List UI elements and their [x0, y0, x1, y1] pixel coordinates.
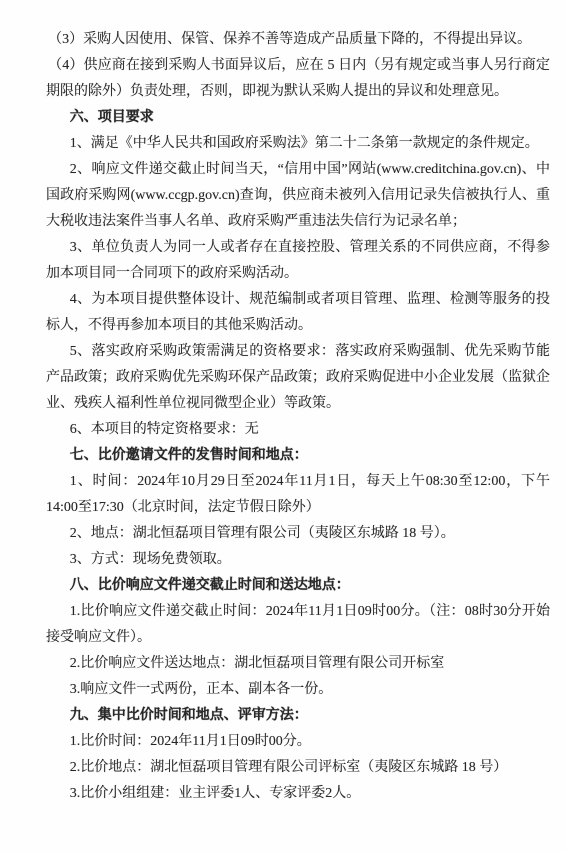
section-heading: 六、项目要求	[46, 105, 550, 131]
paragraph: 3.响应文件一式两份，正本、副本各一份。	[46, 677, 550, 703]
paragraph: 6、本项目的特定资格要求：无	[46, 417, 550, 443]
paragraph: 1.比价响应文件递交截止时间：2024年11月1日09时00分。（注：08时30…	[46, 599, 550, 651]
paragraph: （4）供应商在接到采购人书面异议后，应在 5 日内（另有规定或当事人另行商定期限…	[46, 53, 550, 105]
section-heading: 九、集中比价时间和地点、评审方法：	[46, 703, 550, 729]
document-page: （3）采购人因使用、保管、保养不善等造成产品质量下降的，不得提出异议。（4）供应…	[0, 0, 566, 852]
paragraph: 2.比价响应文件送达地点：湖北恒磊项目管理有限公司开标室	[46, 651, 550, 677]
paragraph: （3）采购人因使用、保管、保养不善等造成产品质量下降的，不得提出异议。	[46, 27, 550, 53]
section-heading: 八、比价响应文件递交截止时间和送达地点：	[46, 573, 550, 599]
section-heading: 七、比价邀请文件的发售时间和地点：	[46, 443, 550, 469]
paragraph: 3、单位负责人为同一人或者存在直接控股、管理关系的不同供应商，不得参加本项目同一…	[46, 235, 550, 287]
paragraph: 1.比价时间：2024年11月1日09时00分。	[46, 729, 550, 755]
paragraph: 3.比价小组组建：业主评委1人、专家评委2人。	[46, 781, 550, 807]
paragraph: 1、时间：2024年10月29日至2024年11月1日，每天上午08:30至12…	[46, 469, 550, 521]
paragraph: 5、落实政府采购政策需满足的资格要求：落实政府采购强制、优先采购节能产品政策；政…	[46, 339, 550, 417]
paragraph: 3、方式：现场免费领取。	[46, 547, 550, 573]
paragraph: 2.比价地点：湖北恒磊项目管理有限公司评标室（夷陵区东城路 18 号）	[46, 755, 550, 781]
paragraph: 1、满足《中华人民共和国政府采购法》第二十二条第一款规定的条件规定。	[46, 131, 550, 157]
document-body: （3）采购人因使用、保管、保养不善等造成产品质量下降的，不得提出异议。（4）供应…	[46, 27, 550, 807]
paragraph: 4、为本项目提供整体设计、规范编制或者项目管理、监理、检测等服务的投标人，不得再…	[46, 287, 550, 339]
paragraph: 2、地点：湖北恒磊项目管理有限公司（夷陵区东城路 18 号）。	[46, 521, 550, 547]
paragraph: 2、响应文件递交截止时间当天，“信用中国”网站(www.creditchina.…	[46, 157, 550, 235]
